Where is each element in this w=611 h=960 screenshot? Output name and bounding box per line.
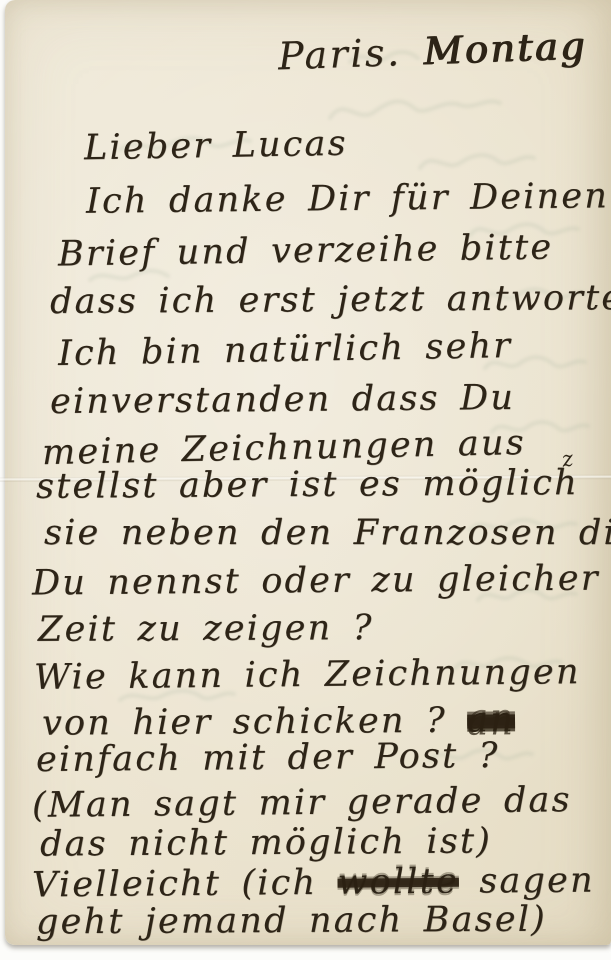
heading-day: Montag bbox=[422, 24, 587, 74]
letter-line: Ich bin natürlich sehr bbox=[58, 326, 513, 374]
letter-line: stellst aber ist es möglich bbox=[36, 463, 579, 507]
letter-line: sie neben den Franzosen die bbox=[44, 513, 611, 553]
letter-line: Ich danke Dir für Deinen bbox=[86, 176, 609, 222]
letter-line: dass ich erst jetzt antworte, bbox=[50, 278, 611, 322]
struck-word: an bbox=[467, 700, 515, 740]
letter-line: (Man sagt mir gerade das bbox=[32, 780, 572, 826]
letter-line: Du nennst oder zu gleicher bbox=[32, 559, 600, 604]
letter-line: geht jemand nach Basel) bbox=[36, 900, 547, 943]
letter-line: Zeit zu zeigen ? bbox=[38, 608, 374, 650]
letter-line: einverstanden dass Du bbox=[50, 378, 515, 422]
letter-line: Brief und verzeihe bitte bbox=[58, 228, 554, 275]
letter-line: das nicht möglich ist) bbox=[40, 821, 492, 864]
letter-photo: Paris. Montag Lieber Lucas Ich danke Dir… bbox=[0, 0, 611, 960]
letter-line: einfach mit der Post ? bbox=[36, 736, 500, 780]
salutation: Lieber Lucas bbox=[84, 124, 348, 169]
struck-word: wollte bbox=[337, 862, 459, 903]
letter-line: Wie kann ich Zeichnungen bbox=[34, 652, 581, 698]
heading-place: Paris. bbox=[277, 30, 402, 78]
